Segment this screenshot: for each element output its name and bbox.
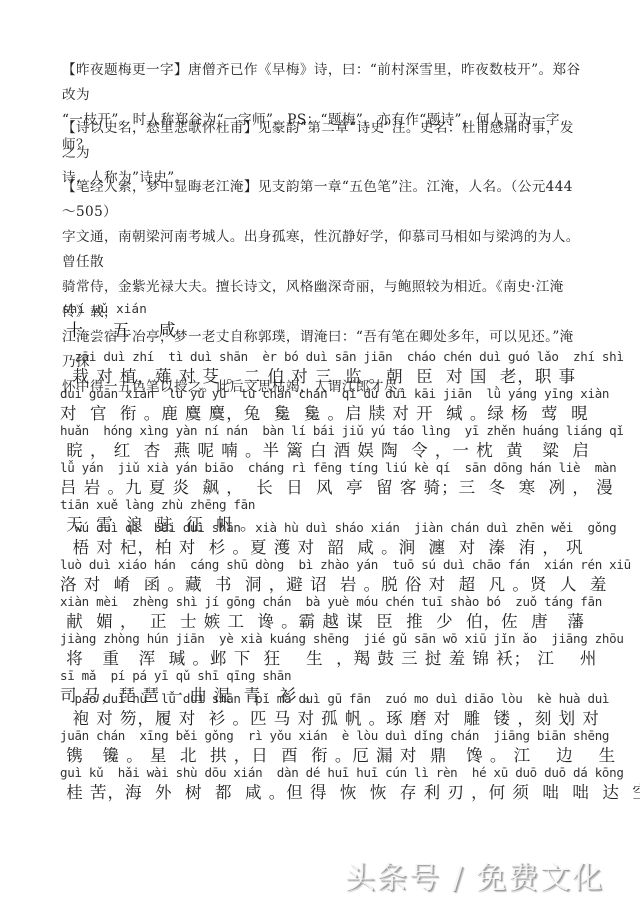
verse-pinyin: jiàng zhòng hún jiān yè xià kuáng shēng … — [60, 631, 624, 646]
verse-text: 将 重 浑 瑊 。邺 下 狂 生 ，羯 鼓 三 挝 羞 锦 袄； 江 州 — [60, 645, 597, 669]
verse-pinyin: wú duì qǐ bǎi duì shān xià hù duì sháo x… — [60, 520, 616, 535]
verse-pinyin: luò duì xiáo hán cáng shū dòng bì zhào y… — [60, 557, 631, 572]
verse-text: 梧 对 杞，柏 对 杉 。夏 濩 对 韶 咸 。涧 瀍 对 溱 洧 ， 巩 — [60, 534, 584, 558]
note-line: 【昨夜题梅更一字】唐僧齐已作《早梅》诗，曰：“前村深雪里，昨夜数枝开”。郑谷改为 — [62, 58, 582, 108]
verse-pinyin: xiàn mèi zhèng shì jí gōng chán bà yuè m… — [60, 594, 602, 609]
watermark: 头条号 / 免费文化 — [345, 853, 604, 897]
verse-pinyin: guì kǔ hǎi wài shù dōu xián dàn dé huī h… — [60, 765, 624, 780]
verse-text: 镌 镵 。 星 北 拱 ，日 酉 衔 。厄 漏 对 鼎 馋 。 江 边 生 — [60, 742, 616, 766]
document-page: 【昨夜题梅更一字】唐僧齐已作《早梅》诗，曰：“前村深雪里，昨夜数枝开”。郑谷改为… — [0, 0, 640, 905]
verse-pinyin: juān chán xīng běi gǒng rì yǒu xián è lò… — [60, 728, 609, 743]
verse-text: 对 官 衔 。鹿 麌 麌，兔 毚 毚 。启 牍 对 开 缄 。绿 杨 莺 晛 — [60, 400, 589, 424]
verse-pinyin: zāi duì zhí tì duì shān èr bó duì sān ji… — [60, 349, 624, 364]
verse-text: 栽 对 植，薙 对 芟 。二 伯 对 三 监 。朝 臣 对 国 老，职 事 — [60, 363, 576, 387]
verse-pinyin: tiān xuě làng zhù zhēng fān — [60, 497, 255, 512]
verse-pinyin: sī mǎ pí pá yī qǔ shī qīng shān — [60, 668, 291, 683]
verse-pinyin: duì guān xián lù yǔ yǔ tù chán chán qǐ d… — [60, 386, 609, 401]
verse-text: 睆 ， 红 杏 燕 呢 喃 。半 篱 白 酒 娱 陶 令 ，一 枕 黄 粱 启 — [60, 437, 590, 461]
verse-text: 桂 苦，海 外 树 都 咸 。但 得 恢 恢 存 利 刃 ，何 须 咄 咄 达 … — [60, 779, 640, 803]
section-title: 十 五 咸 — [66, 316, 188, 341]
verse-pinyin: huǎn hóng xìng yàn ní nán bàn lí bái jiǔ… — [60, 423, 624, 438]
note-line: 【笔经人索，梦中显晦老江淹】见支韵第一章“五色笔”注。江淹，人名。（公元444～… — [62, 175, 582, 225]
verse-text: 献 媚 ， 正 士 嫉 工 谗 。霸 越 谋 臣 推 少 伯，佐 唐 藩 — [60, 608, 585, 632]
section-title-pinyin: shí wǔ xián — [62, 301, 147, 316]
verse-pinyin: lǚ yán jiǔ xià yán biāo cháng rì fēng tí… — [60, 460, 616, 475]
verse-text: 吕 岩 。九 夏 炎 飙 ， 长 日 风 亭 留 客 骑；三 冬 寒 冽 ， 漫 — [60, 474, 614, 498]
verse-pinyin: páo duì hù lǚ duì shān pǐ mǎ duì gū fān … — [60, 691, 609, 706]
verse-text: 袍 对 笏，履 对 衫 。匹 马 对 孤 帆 。琢 磨 对 雕 镂 ，刻 划 对 — [60, 705, 600, 729]
verse-text: 洛 对 崤 函 。藏 书 洞 ，避 诏 岩 。脱 俗 对 超 凡 。贤 人 羞 — [60, 571, 607, 595]
note-line: 【诗以史名，愁里悲歌怀杜甫】见豪韵“第二章“诗史”注。史名：杜甫感痛时事，发之为 — [62, 116, 582, 166]
note-line: 字文通，南朝梁河南考城人。出身孤寒，性沉静好学，仰慕司马相如与梁鸿的为人。曾任散 — [62, 225, 582, 275]
